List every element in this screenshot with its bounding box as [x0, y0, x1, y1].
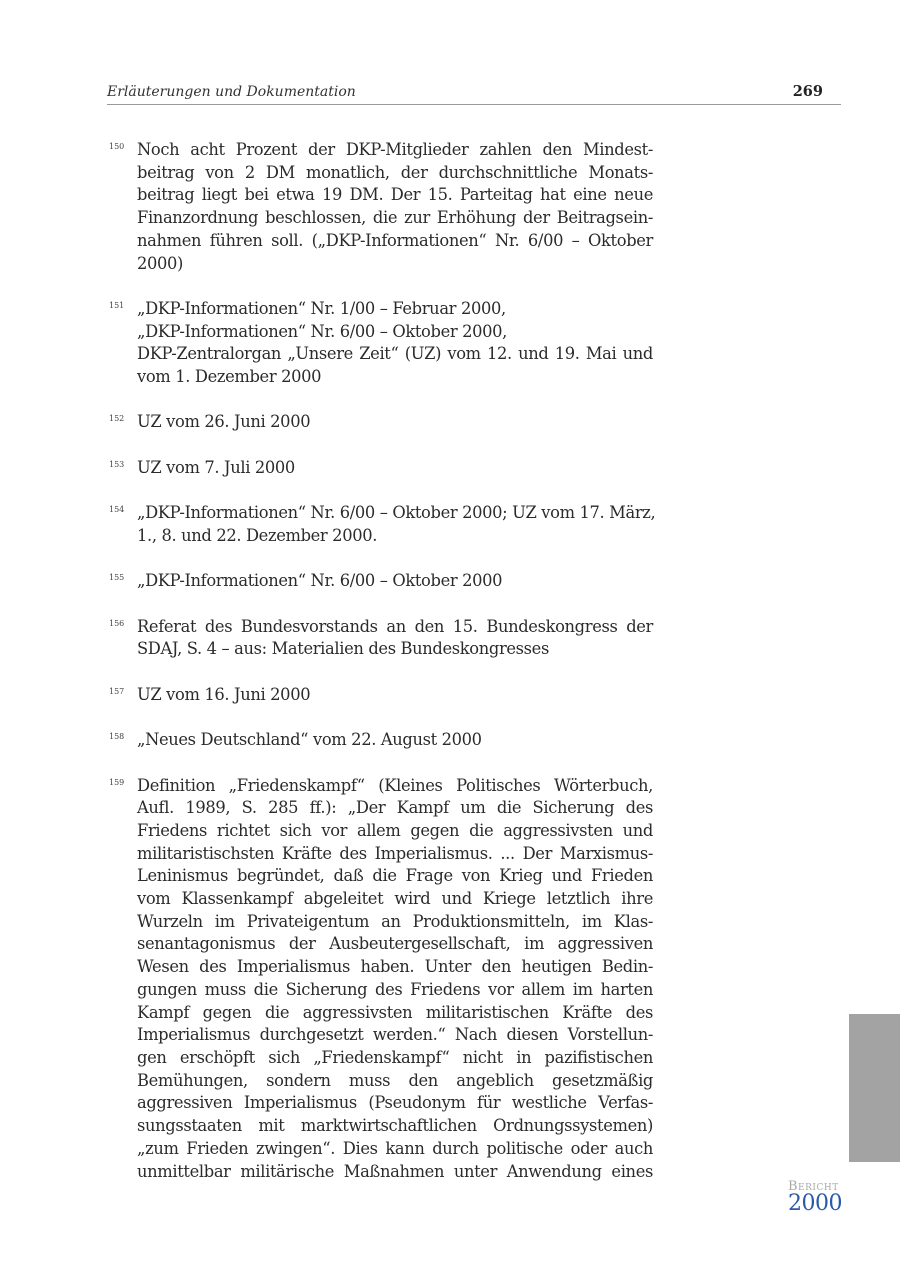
footnote-number: 154 — [109, 505, 124, 514]
footnote-number: 153 — [109, 460, 124, 469]
footnote-line: Wurzeln im Privateigentum an Produktions… — [137, 911, 653, 934]
footnote-line: vom 1. Dezember 2000 — [137, 366, 653, 389]
footnote: 153UZ vom 7. Juli 2000 — [107, 457, 653, 480]
footnote-line: senantagonismus der Ausbeutergesellschaf… — [137, 933, 653, 956]
footnote-line: UZ vom 16. Juni 2000 — [137, 684, 653, 707]
footnote-line: Bemühungen, sondern muss den angeblich g… — [137, 1070, 653, 1093]
footnote-number: 157 — [109, 687, 124, 696]
logo-year: 2000 — [788, 1194, 858, 1214]
footnote-line: „Neues Deutschland“ vom 22. August 2000 — [137, 729, 653, 752]
footnote-line: 2000) — [137, 253, 653, 276]
page-number: 269 — [793, 83, 823, 100]
footnote: 159Definition „Friedenskampf“ (Kleines P… — [107, 775, 653, 1184]
footnote-text: „DKP-Informationen“ Nr. 1/00 – Februar 2… — [137, 298, 653, 389]
footnote-line: aggressiven Imperialismus (Pseudonym für… — [137, 1092, 653, 1115]
footnote: 151„DKP-Informationen“ Nr. 1/00 – Februa… — [107, 298, 653, 389]
footnote: 158„Neues Deutschland“ vom 22. August 20… — [107, 729, 653, 752]
footnote-text: UZ vom 7. Juli 2000 — [137, 457, 653, 480]
footnote-line: Noch acht Prozent der DKP-Mitglieder zah… — [137, 139, 653, 162]
footnote-line: Finanzordnung beschlossen, die zur Erhöh… — [137, 207, 653, 230]
footnote: 150Noch acht Prozent der DKP-Mitglieder … — [107, 139, 653, 275]
footnotes-list: 150Noch acht Prozent der DKP-Mitglieder … — [107, 139, 653, 1206]
footnote-number: 159 — [109, 778, 124, 787]
footnote-text: Referat des Bundesvorstands an den 15. B… — [137, 616, 653, 661]
footnote-line: nahmen führen soll. („DKP-Informationen“… — [137, 230, 653, 253]
footnote-line: vom Klassenkampf abgeleitet wird und Kri… — [137, 888, 653, 911]
footnote-line: „DKP-Informationen“ Nr. 6/00 – Oktober 2… — [137, 570, 653, 593]
running-header-title: Erläuterungen und Dokumentation — [107, 84, 356, 100]
footnote-text: „DKP-Informationen“ Nr. 6/00 – Oktober 2… — [137, 570, 653, 593]
footnote-text: „DKP-Informationen“ Nr. 6/00 – Oktober 2… — [137, 502, 653, 547]
footnote: 156Referat des Bundesvorstands an den 15… — [107, 616, 653, 661]
footnote-line: Imperialismus durchgesetzt werden.“ Nach… — [137, 1024, 653, 1047]
footnote-line: beitrag liegt bei etwa 19 DM. Der 15. Pa… — [137, 184, 653, 207]
footnote-line: beitrag von 2 DM monatlich, der durchsch… — [137, 162, 653, 185]
footnote-line: gen erschöpft sich „Friedenskampf“ nicht… — [137, 1047, 653, 1070]
footnote-line: „DKP-Informationen“ Nr. 6/00 – Oktober 2… — [137, 502, 653, 525]
footnote-line: Wesen des Imperialismus haben. Unter den… — [137, 956, 653, 979]
footnote-line: „zum Frieden zwingen“. Dies kann durch p… — [137, 1138, 653, 1161]
footnote-text: UZ vom 16. Juni 2000 — [137, 684, 653, 707]
footnote: 157UZ vom 16. Juni 2000 — [107, 684, 653, 707]
bericht-2000-logo: Bericht 2000 — [788, 1180, 858, 1214]
footnote-number: 152 — [109, 414, 124, 423]
footnote: 152UZ vom 26. Juni 2000 — [107, 411, 653, 434]
footnote-text: „Neues Deutschland“ vom 22. August 2000 — [137, 729, 653, 752]
footnote-line: Referat des Bundesvorstands an den 15. B… — [137, 616, 653, 639]
footnote-number: 150 — [109, 142, 124, 151]
footnote-number: 158 — [109, 732, 124, 741]
footnote-line: 1., 8. und 22. Dezember 2000. — [137, 525, 653, 548]
footnote-text: Noch acht Prozent der DKP-Mitglieder zah… — [137, 139, 653, 275]
footnote-text: Definition „Friedenskampf“ (Kleines Poli… — [137, 775, 653, 1184]
running-header: Erläuterungen und Dokumentation 269 — [107, 82, 841, 105]
footnote-line: UZ vom 26. Juni 2000 — [137, 411, 653, 434]
footnote: 154„DKP-Informationen“ Nr. 6/00 – Oktobe… — [107, 502, 653, 547]
footnote-line: Friedens richtet sich vor allem gegen di… — [137, 820, 653, 843]
footnote-line: sungsstaaten mit marktwirtschaftlichen O… — [137, 1115, 653, 1138]
footnote-line: „DKP-Informationen“ Nr. 1/00 – Februar 2… — [137, 298, 653, 321]
footnote-text: UZ vom 26. Juni 2000 — [137, 411, 653, 434]
footnote-line: Aufl. 1989, S. 285 ff.): „Der Kampf um d… — [137, 797, 653, 820]
footnote-line: Leninismus begründet, daß die Frage von … — [137, 865, 653, 888]
footnote-line: gungen muss die Sicherung des Friedens v… — [137, 979, 653, 1002]
footnote-number: 151 — [109, 301, 124, 310]
footnote-line: unmittelbar militärische Maßnahmen unter… — [137, 1161, 653, 1184]
footnote-line: militaristischsten Kräfte des Imperialis… — [137, 843, 653, 866]
footnote-number: 156 — [109, 619, 124, 628]
footnote: 155„DKP-Informationen“ Nr. 6/00 – Oktobe… — [107, 570, 653, 593]
footnote-line: „DKP-Informationen“ Nr. 6/00 – Oktober 2… — [137, 321, 653, 344]
footnote-line: Kampf gegen die aggressivsten militarist… — [137, 1002, 653, 1025]
footnote-line: UZ vom 7. Juli 2000 — [137, 457, 653, 480]
footnote-line: DKP-Zentralorgan „Unsere Zeit“ (UZ) vom … — [137, 343, 653, 366]
footnote-number: 155 — [109, 573, 124, 582]
footnote-line: Definition „Friedenskampf“ (Kleines Poli… — [137, 775, 653, 798]
chapter-thumb-tab — [849, 1014, 900, 1162]
footnote-line: SDAJ, S. 4 – aus: Materialien des Bundes… — [137, 638, 653, 661]
